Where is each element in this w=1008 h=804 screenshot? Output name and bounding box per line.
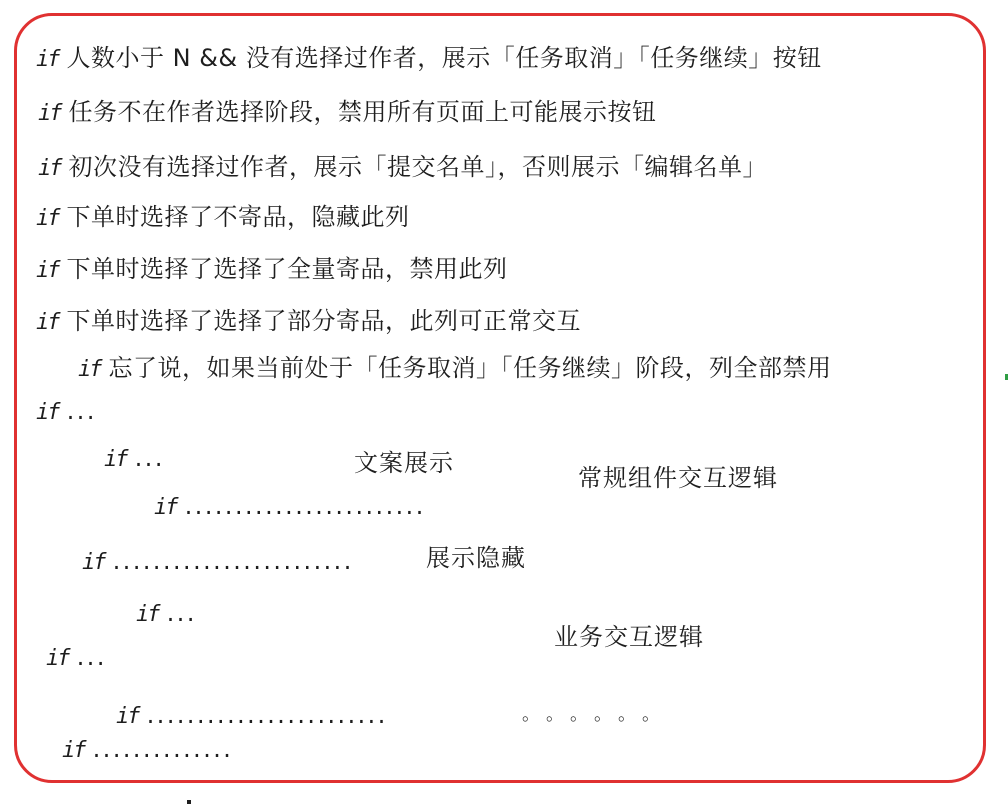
if-keyword: if — [82, 550, 105, 575]
category-business-logic: 业务交互逻辑 — [554, 622, 704, 652]
rule-text: 忘了说，如果当前处于「任务取消」「任务继续」阶段，列全部禁用 — [109, 354, 832, 382]
rule-text: 人数小于 N && 没有选择过作者，展示「任务取消」「任务继续」按钮 — [67, 44, 822, 72]
placeholder-line-4: if........................ — [82, 546, 351, 578]
placeholder-line-8: if.............. — [62, 734, 231, 766]
placeholder-line-1: if... — [36, 396, 95, 428]
rule-line-3: if初次没有选择过作者，展示「提交名单」，否则展示「编辑名单」 — [38, 152, 767, 184]
if-keyword: if — [116, 704, 139, 729]
category-copy-display: 文案展示 — [354, 448, 454, 478]
placeholder-line-2: if... — [104, 443, 163, 475]
placeholder-line-5: if... — [136, 598, 195, 630]
rule-text: 下单时选择了选择了全量寄品，禁用此列 — [67, 255, 508, 283]
if-keyword: if — [46, 646, 69, 671]
if-keyword: if — [104, 447, 127, 472]
rule-line-1: if人数小于 N && 没有选择过作者，展示「任务取消」「任务继续」按钮 — [36, 43, 822, 75]
if-keyword: if — [78, 357, 101, 382]
ellipsis: ... — [65, 400, 95, 424]
if-keyword: if — [38, 156, 61, 181]
rule-line-5: if下单时选择了选择了全量寄品，禁用此列 — [36, 254, 508, 286]
ellipsis: ... — [165, 602, 195, 626]
ellipsis: ........................ — [183, 495, 424, 519]
if-keyword: if — [154, 495, 177, 520]
category-show-hide: 展示隐藏 — [426, 543, 526, 573]
more-ellipsis: 。。。。。。 — [522, 700, 675, 726]
ellipsis: ........................ — [145, 704, 386, 728]
rule-line-4: if下单时选择了不寄品，隐藏此列 — [36, 202, 410, 234]
rule-line-6: if下单时选择了选择了部分寄品，此列可正常交互 — [36, 306, 581, 338]
stray-ink-mark — [187, 800, 191, 804]
if-keyword: if — [62, 738, 85, 763]
rule-text: 下单时选择了选择了部分寄品，此列可正常交互 — [67, 307, 582, 335]
if-keyword: if — [36, 400, 59, 425]
rule-text: 初次没有选择过作者，展示「提交名单」，否则展示「编辑名单」 — [69, 153, 768, 181]
rule-line-2: if任务不在作者选择阶段，禁用所有页面上可能展示按钮 — [38, 97, 657, 129]
placeholder-line-3: if........................ — [154, 491, 423, 523]
ellipsis: .............. — [91, 738, 232, 762]
rule-line-7: if忘了说，如果当前处于「任务取消」「任务继续」阶段，列全部禁用 — [78, 353, 832, 385]
ellipsis: ........................ — [111, 550, 352, 574]
ellipsis: ... — [133, 447, 163, 471]
if-keyword: if — [36, 47, 59, 72]
rule-text: 任务不在作者选择阶段，禁用所有页面上可能展示按钮 — [69, 98, 657, 126]
if-keyword: if — [36, 258, 59, 283]
category-component-logic: 常规组件交互逻辑 — [578, 463, 778, 493]
placeholder-line-7: if........................ — [116, 700, 385, 732]
if-keyword: if — [38, 101, 61, 126]
placeholder-line-6: if... — [46, 642, 105, 674]
ellipsis: ... — [75, 646, 105, 670]
rule-text: 下单时选择了不寄品，隐藏此列 — [67, 203, 410, 231]
if-keyword: if — [36, 310, 59, 335]
if-keyword: if — [136, 602, 159, 627]
if-keyword: if — [36, 206, 59, 231]
